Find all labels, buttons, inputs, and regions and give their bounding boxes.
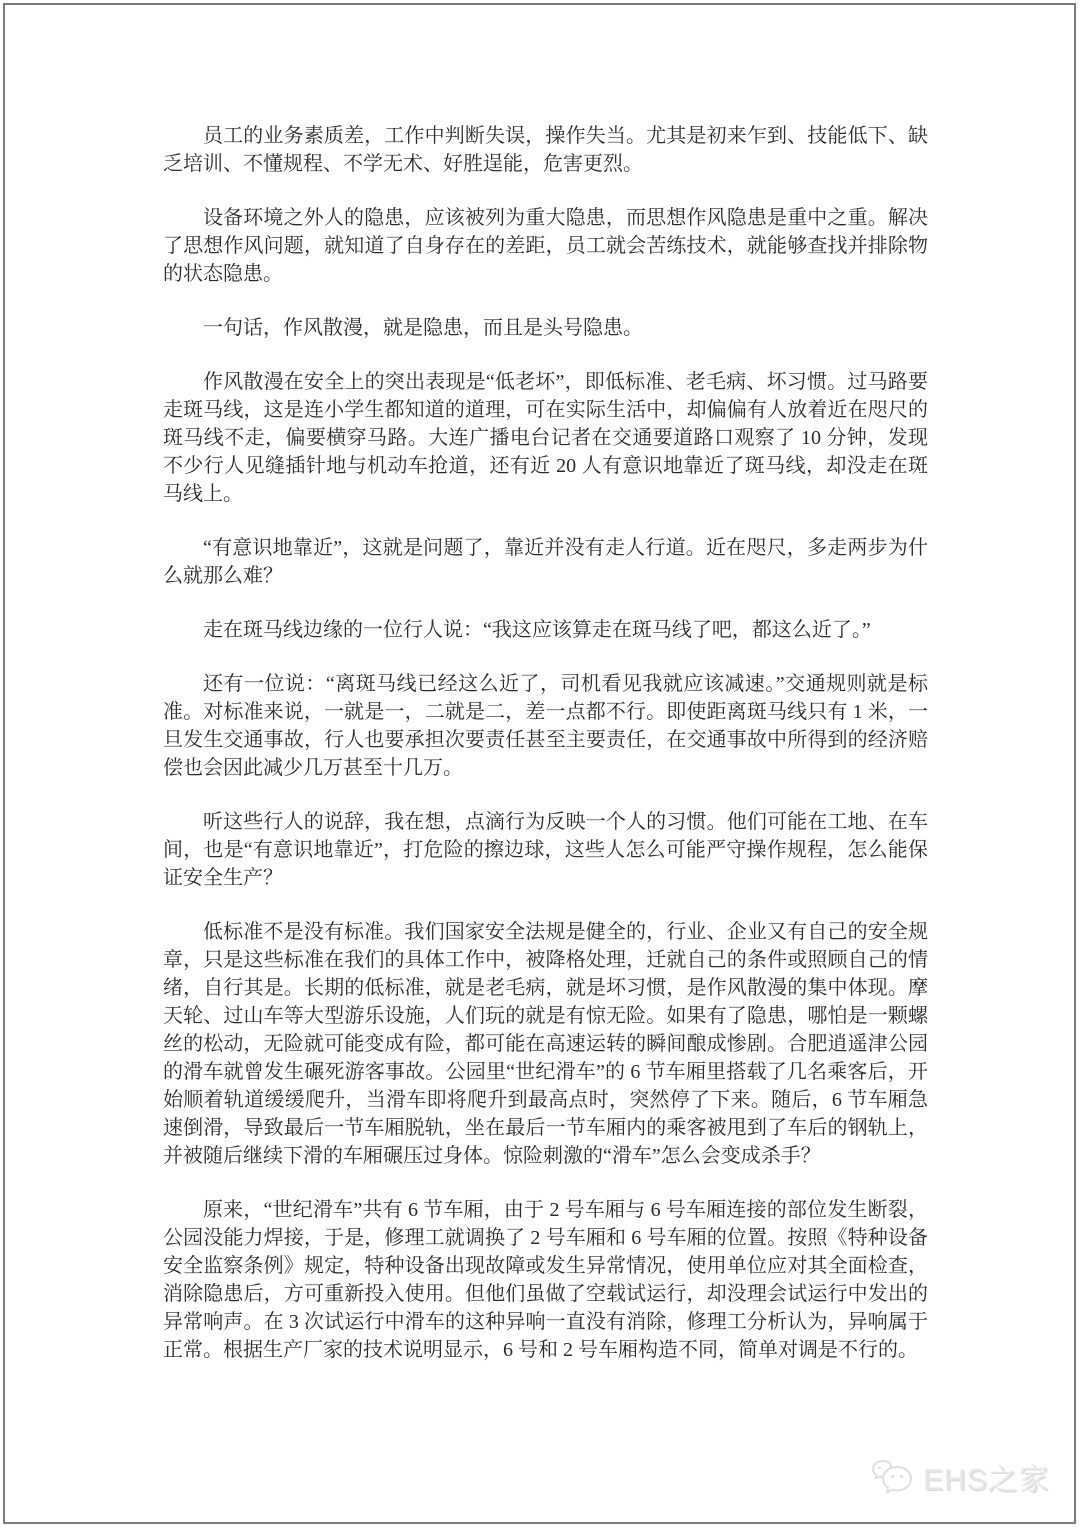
paragraph: 还有一位说：“离斑马线已经这么近了，司机看见我就应该减速。”交通规则就是标准。对… xyxy=(163,670,928,782)
paragraph: “有意识地靠近”，这就是问题了，靠近并没有走人行道。近在咫尺，多走两步为什么就那… xyxy=(163,534,928,590)
watermark: EHS之家 xyxy=(870,1455,1050,1499)
document-body: 员工的业务素质差，工作中判断失误，操作失当。尤其是初来乍到、技能低下、缺乏培训、… xyxy=(163,122,928,1364)
wechat-icon xyxy=(870,1458,914,1496)
paragraph: 作风散漫在安全上的突出表现是“低老坏”，即低标准、老毛病、坏习惯。过马路要走斑马… xyxy=(163,368,928,508)
paragraph: 设备环境之外人的隐患，应该被列为重大隐患，而思想作风隐患是重中之重。解决了思想作… xyxy=(163,204,928,288)
document-page: 员工的业务素质差，工作中判断失误，操作失当。尤其是初来乍到、技能低下、缺乏培训、… xyxy=(0,0,1080,1527)
paragraph: 一句话，作风散漫，就是隐患，而且是头号隐患。 xyxy=(163,314,928,342)
paragraph: 员工的业务素质差，工作中判断失误，操作失当。尤其是初来乍到、技能低下、缺乏培训、… xyxy=(163,122,928,178)
paragraph: 走在斑马线边缘的一位行人说：“我这应该算走在斑马线了吧，都这么近了。” xyxy=(163,616,928,644)
paragraph: 低标准不是没有标准。我们国家安全法规是健全的，行业、企业又有自己的安全规章，只是… xyxy=(163,918,928,1170)
paragraph: 原来，“世纪滑车”共有 6 节车厢，由于 2 号车厢与 6 号车厢连接的部位发生… xyxy=(163,1196,928,1364)
watermark-label: EHS之家 xyxy=(923,1455,1050,1499)
paragraph: 听这些行人的说辞，我在想，点滴行为反映一个人的习惯。他们可能在工地、在车间，也是… xyxy=(163,808,928,892)
